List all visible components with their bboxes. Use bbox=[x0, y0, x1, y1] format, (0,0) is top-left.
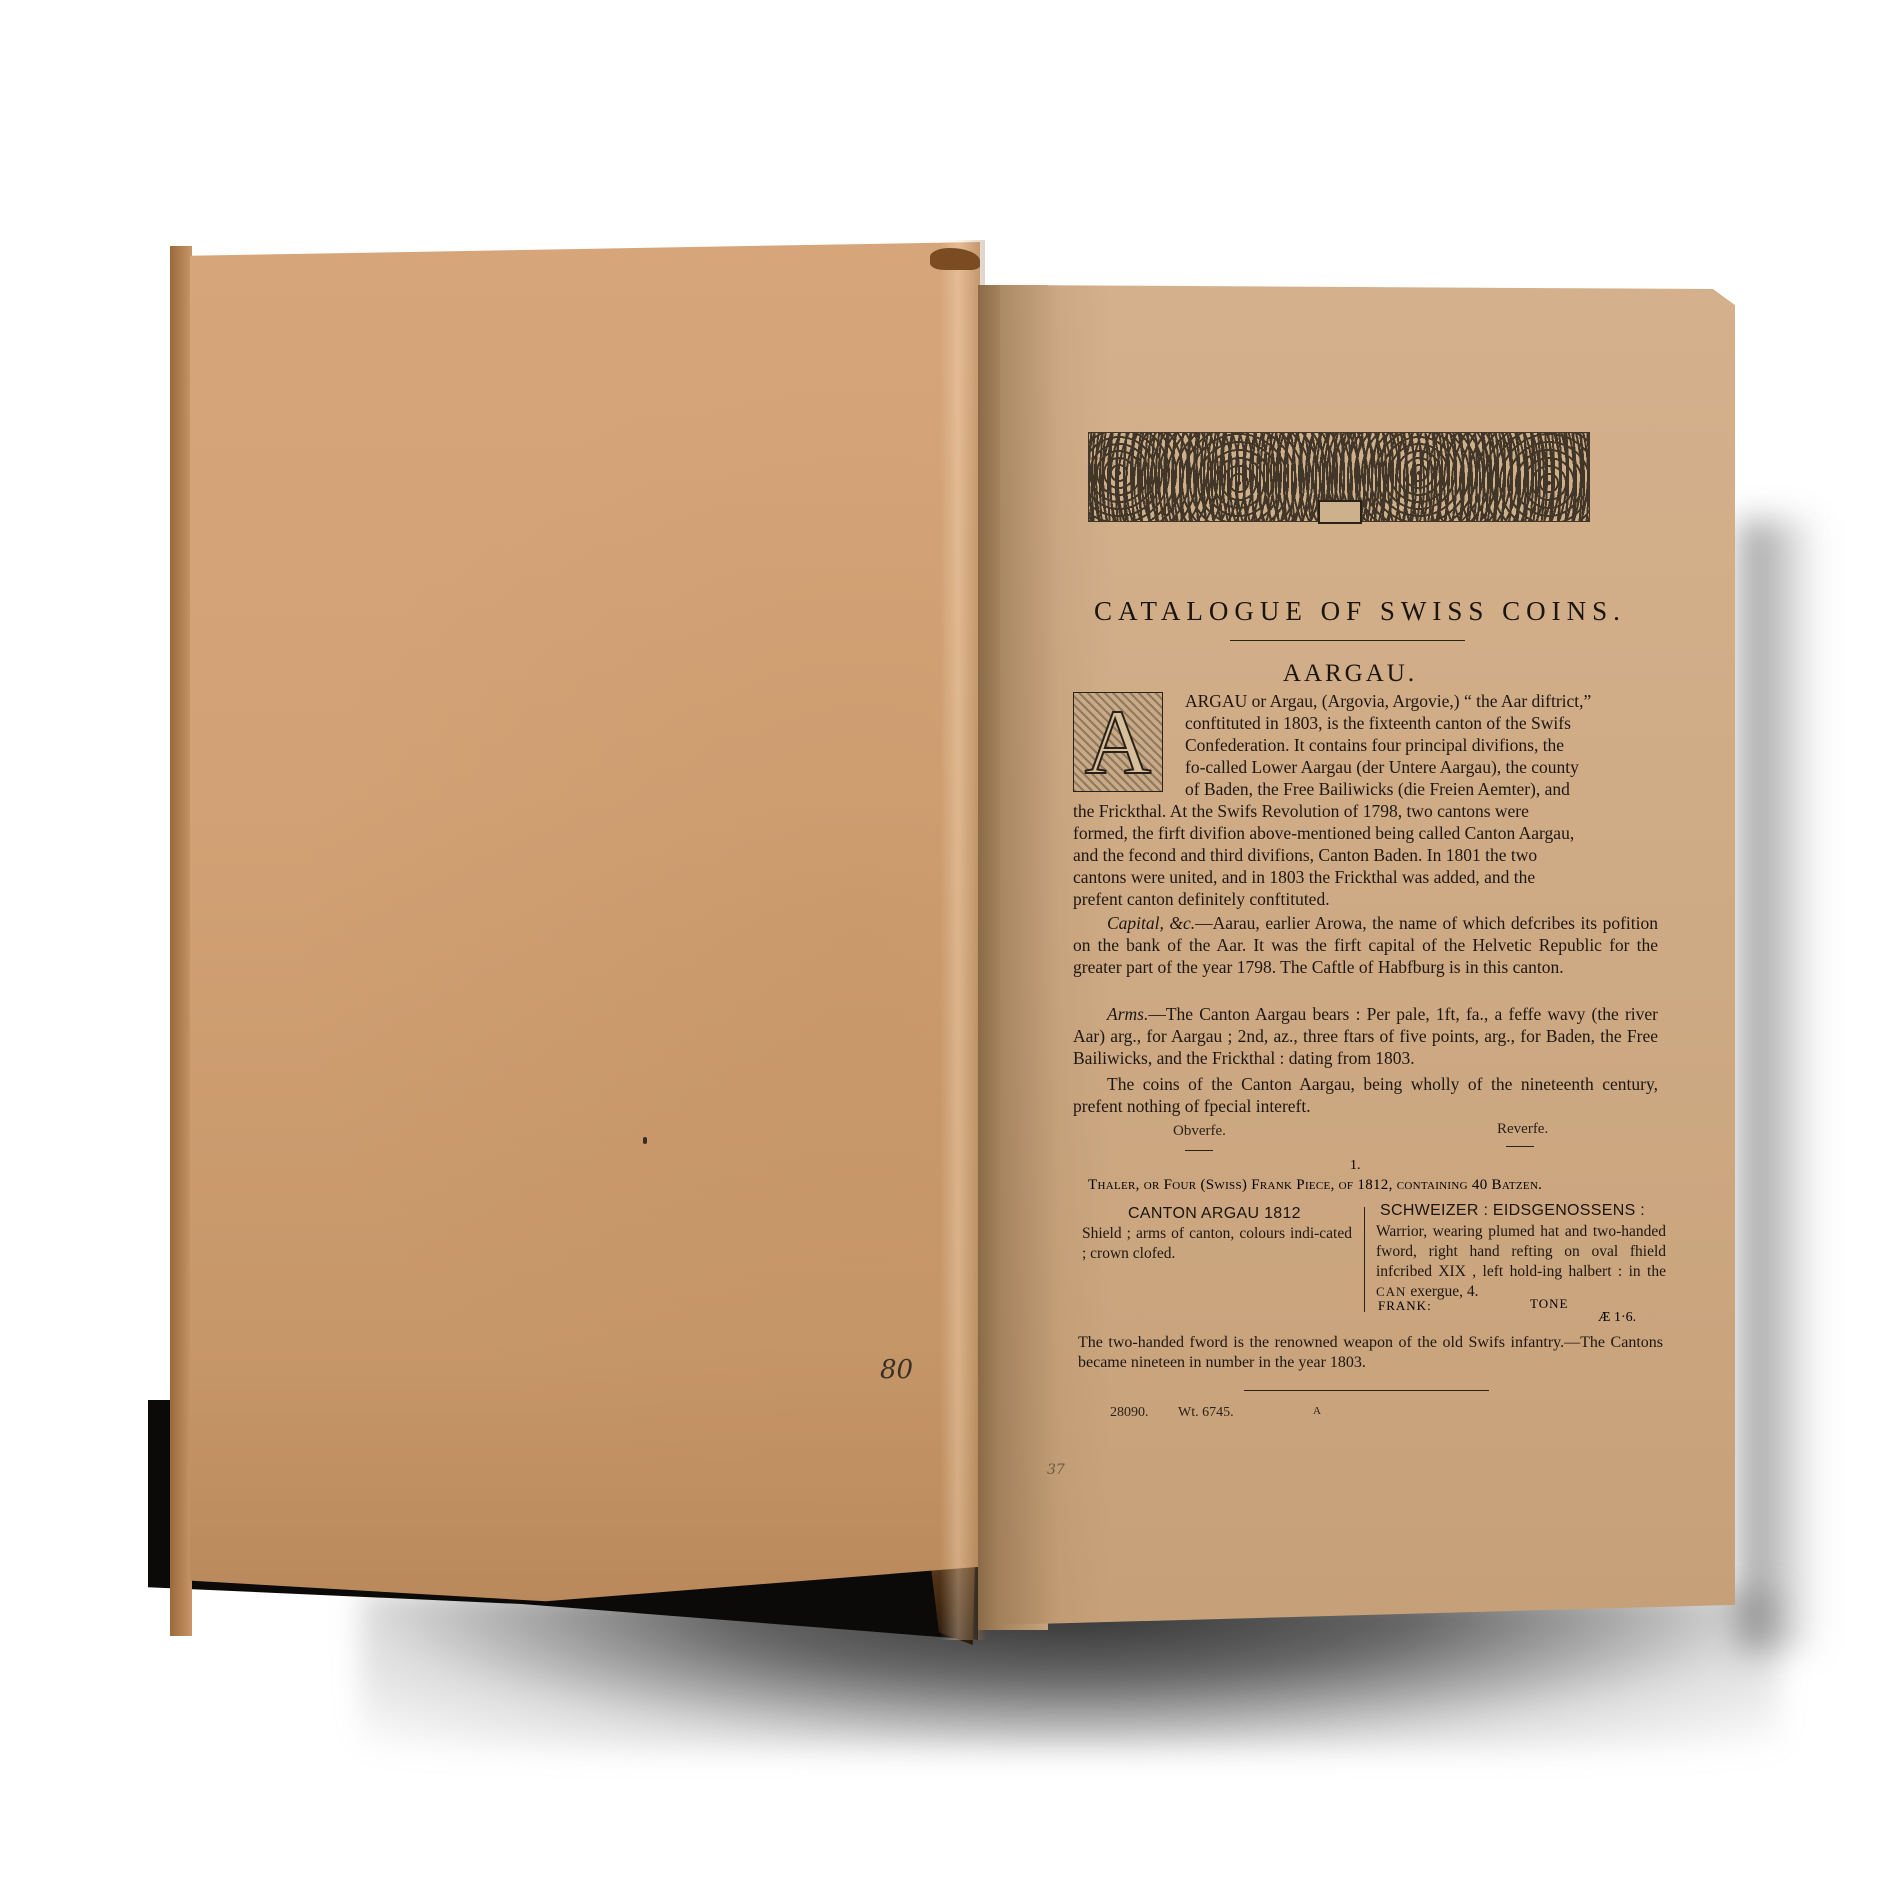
intro-line: conftituted in 1803, is the fixteenth ca… bbox=[1185, 712, 1655, 734]
reverse-description-text: Warrior, wearing plumed hat and two-hand… bbox=[1376, 1223, 1666, 1280]
intro-line: of Baden, the Free Bailiwicks (die Freie… bbox=[1185, 778, 1655, 800]
book-photo: 80 CATALOGUE OF SWISS COINS. AARGAU. A A… bbox=[0, 0, 1900, 1900]
heading-rule bbox=[1230, 640, 1465, 641]
intro-line: cantons were united, and in 1803 the Fri… bbox=[1073, 866, 1658, 888]
paper-speck bbox=[643, 1137, 647, 1144]
section-title: AARGAU. bbox=[1080, 660, 1620, 688]
exergue-can: CAN bbox=[1376, 1284, 1406, 1299]
arms-text: —The Canton Aargau bears : Per pale, 1ft… bbox=[1073, 1004, 1658, 1068]
reverse-header: Reverfe. bbox=[1497, 1121, 1548, 1138]
coins-paragraph: The coins of the Canton Aargau, being wh… bbox=[1073, 1073, 1658, 1117]
entry-number: 1. bbox=[1350, 1158, 1361, 1174]
intro-line: prefent canton definitely conftituted. bbox=[1073, 888, 1658, 910]
page-heading: CATALOGUE OF SWISS COINS. bbox=[1080, 596, 1640, 627]
obverse-header: Obverfe. bbox=[1173, 1123, 1226, 1140]
reverse-header-rule bbox=[1506, 1146, 1534, 1147]
intro-line: ARGAU or Argau, (Argovia, Argovie,) “ th… bbox=[1185, 690, 1655, 712]
obverse-description: Shield ; arms of canton, colours indi-ca… bbox=[1082, 1224, 1352, 1264]
capital-label: Capital, &c. bbox=[1107, 913, 1195, 933]
capital-paragraph: Capital, &c.—Aarau, earlier Arowa, the n… bbox=[1073, 912, 1658, 979]
left-page-stack-edge bbox=[170, 246, 192, 1636]
arms-label: Arms. bbox=[1107, 1004, 1148, 1024]
left-page-pencil-mark: 80 bbox=[880, 1355, 913, 1385]
printer-number: 28090. bbox=[1110, 1405, 1149, 1421]
ornament-urn-icon bbox=[1318, 500, 1362, 524]
exergue-frank: FRANK: bbox=[1378, 1298, 1432, 1314]
right-page-pencil-mark: 37 bbox=[1047, 1462, 1065, 1478]
intro-line: formed, the firft divifion above-mention… bbox=[1073, 822, 1658, 844]
footer-rule bbox=[1244, 1390, 1489, 1391]
entry-title: Thaler, or Four (Swiss) Frank Piece, of … bbox=[1088, 1177, 1668, 1194]
intro-line: fo-called Lower Aargau (der Untere Aarga… bbox=[1185, 756, 1655, 778]
printer-weight: Wt. 6745. bbox=[1178, 1405, 1234, 1421]
metal-and-size: Æ 1·6. bbox=[1598, 1310, 1636, 1326]
reverse-description: Warrior, wearing plumed hat and two-hand… bbox=[1376, 1222, 1666, 1302]
signature-mark: A bbox=[1313, 1405, 1321, 1417]
arms-paragraph: Arms.—The Canton Aargau bears : Per pale… bbox=[1073, 1003, 1658, 1070]
intro-line: Confederation. It contains four principa… bbox=[1185, 734, 1655, 756]
intro-line: and the fecond and third divifions, Cant… bbox=[1073, 844, 1658, 866]
obverse-header-rule bbox=[1185, 1150, 1213, 1151]
illuminated-drop-cap: A bbox=[1073, 692, 1163, 792]
reverse-legend: SCHWEIZER : EIDSGENOSSENS : bbox=[1380, 1202, 1645, 1220]
left-page bbox=[190, 242, 980, 1622]
column-divider bbox=[1364, 1207, 1365, 1312]
intro-line: the Frickthal. At the Swifs Revolution o… bbox=[1073, 800, 1658, 822]
obverse-legend: CANTON ARGAU 1812 bbox=[1128, 1205, 1301, 1223]
right-edge-shadow bbox=[1740, 520, 1820, 1650]
exergue-tone: TONE bbox=[1530, 1296, 1568, 1312]
footnote: The two-handed fword is the renowned wea… bbox=[1078, 1333, 1663, 1373]
